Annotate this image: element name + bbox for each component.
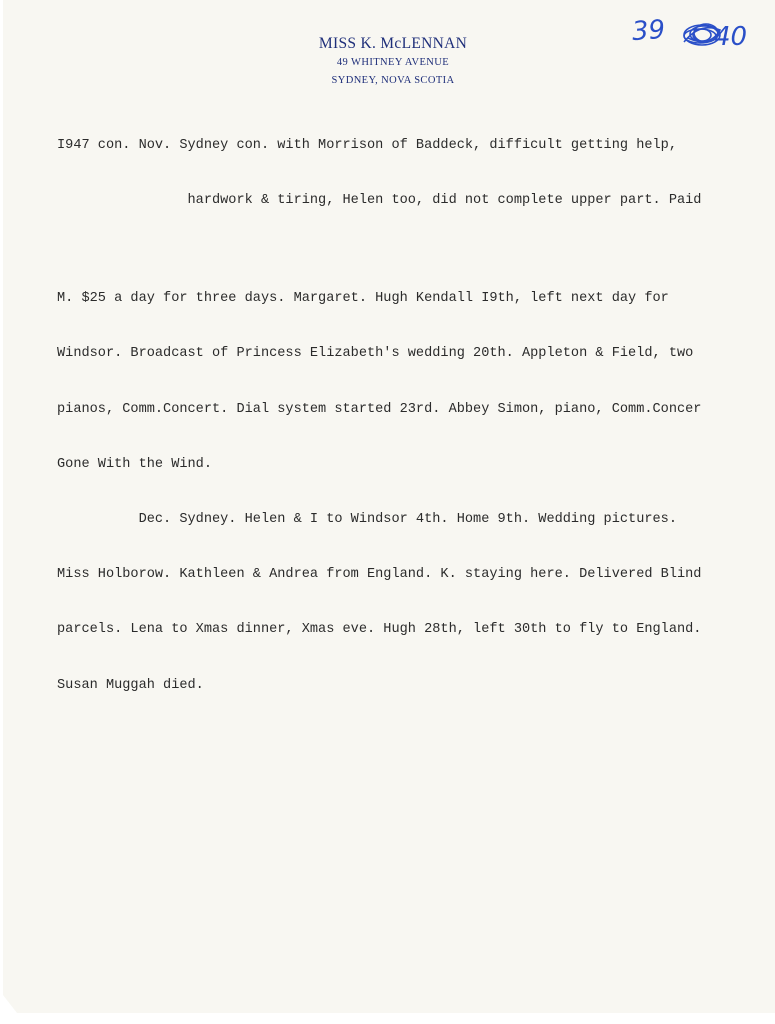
handwritten-page-number: 39 40 [628, 14, 773, 69]
text-line: parcels. Lena to Xmas dinner, Xmas eve. … [57, 621, 775, 639]
text-line: I947 con. Nov. Sydney con. with Morrison… [57, 137, 775, 155]
page-number-current: 39 [631, 15, 666, 47]
text-line: Miss Holborow. Kathleen & Andrea from En… [57, 566, 775, 584]
text-line: Susan Muggah died. [57, 677, 775, 695]
text-line: Windsor. Broadcast of Princess Elizabeth… [57, 345, 775, 363]
text-line: Gone With the Wind. [57, 456, 775, 474]
letterhead-city: SYDNEY, NOVA SCOTIA [293, 72, 493, 90]
text-line: hardwork & tiring, Helen too, did not co… [57, 192, 775, 210]
letterhead: MISS K. McLENNAN 49 WHITNEY AVENUE SYDNE… [293, 34, 493, 90]
text-line: pianos, Comm.Concert. Dial system starte… [57, 401, 775, 419]
paper-sheet: MISS K. McLENNAN 49 WHITNEY AVENUE SYDNE… [3, 0, 775, 1013]
page-number-crossed: 40 [714, 22, 747, 52]
letterhead-address: 49 WHITNEY AVENUE [293, 54, 493, 72]
letterhead-name: MISS K. McLENNAN [293, 34, 493, 54]
text-line: Dec. Sydney. Helen & I to Windsor 4th. H… [57, 511, 775, 529]
typed-diary-text: I947 con. Nov. Sydney con. with Morrison… [57, 100, 775, 732]
text-line: M. $25 a day for three days. Margaret. H… [57, 290, 775, 308]
